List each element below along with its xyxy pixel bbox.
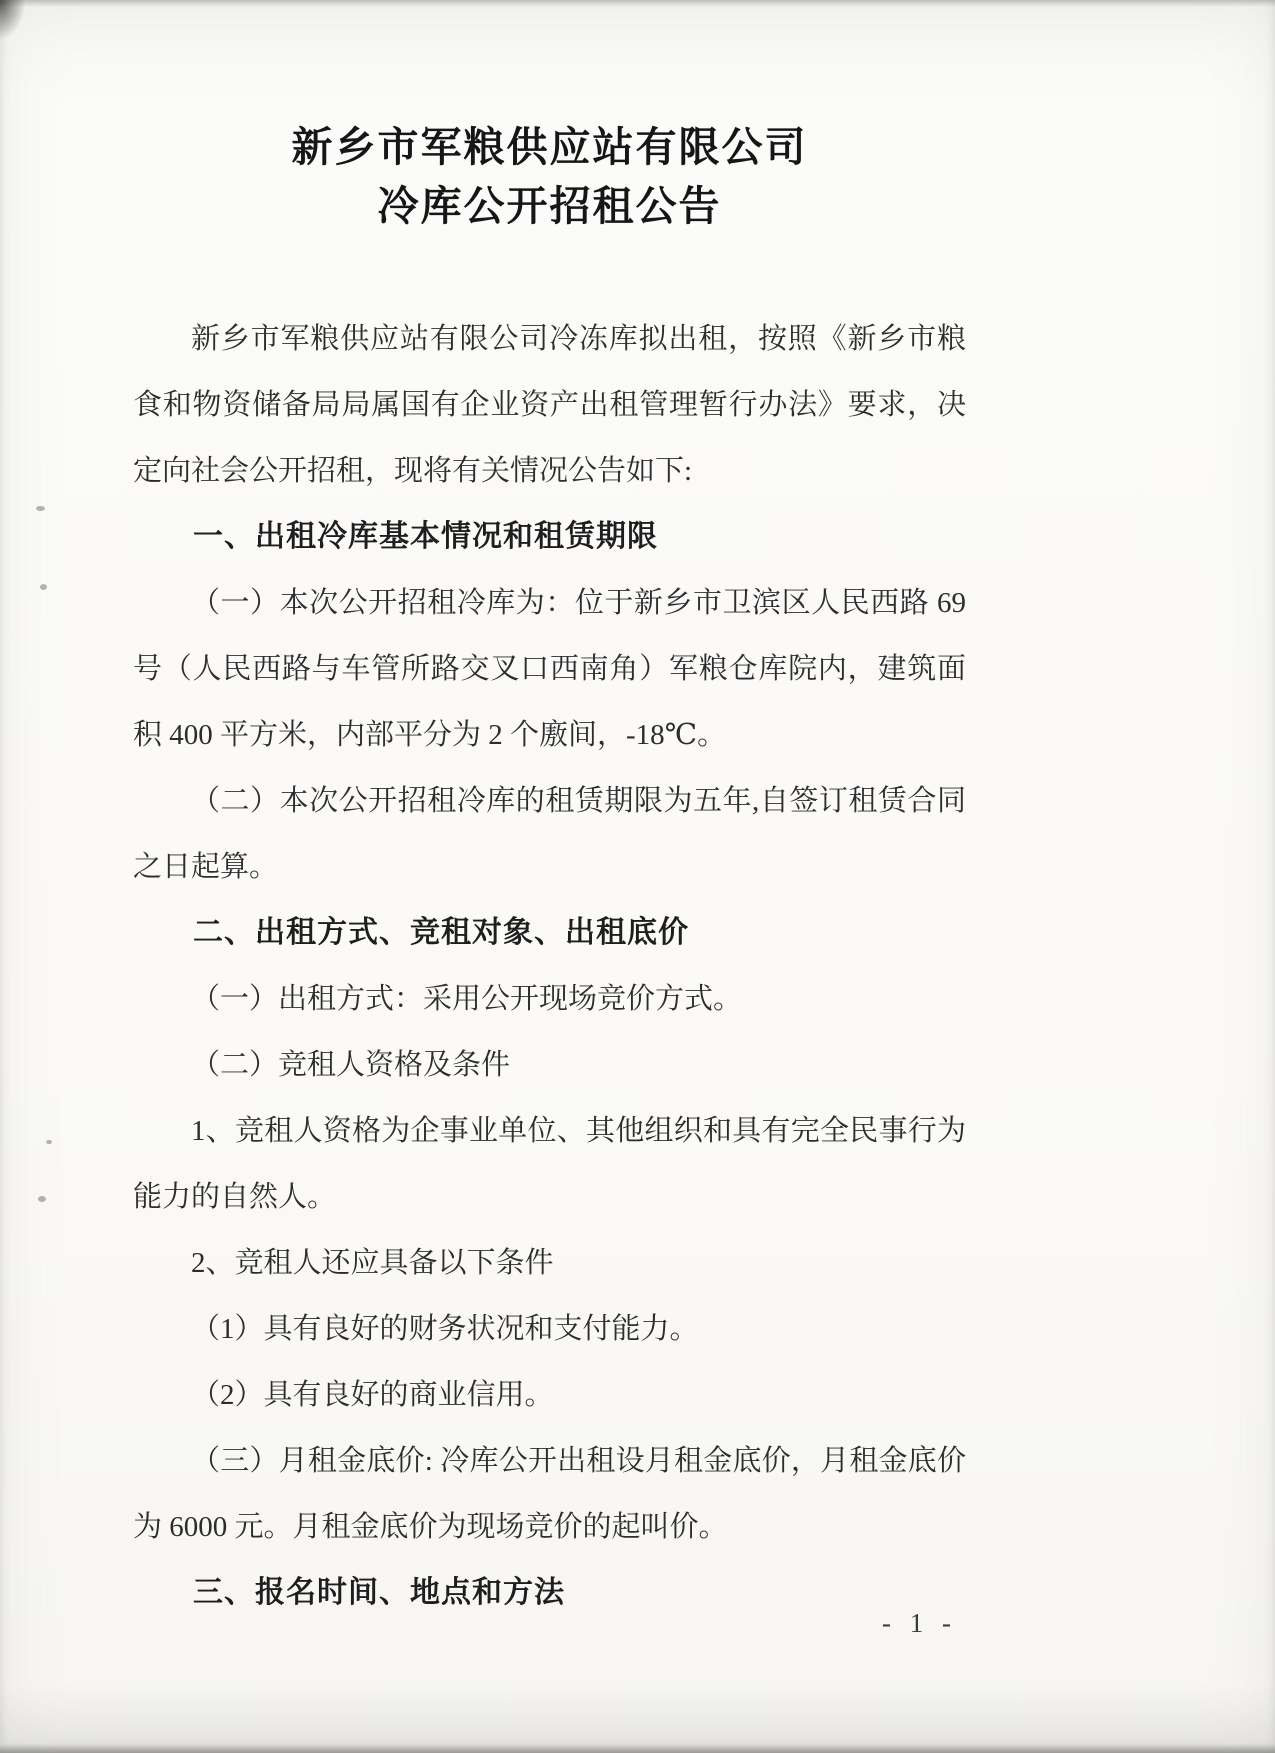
doc-title-line-2: 冷库公开招租公告 [133,177,966,236]
scan-artifact-corner [0,0,26,40]
section-heading-1: 一、出租冷库基本情况和租赁期限 [133,504,966,570]
page-number: - 1 - [882,1608,957,1639]
paragraph-2-3-base-rent: （三）月租金底价: 冷库公开出租设月租金底价，月租金底价为 6000 元。月租金… [133,1428,966,1560]
paragraph-condition-1: （1）具有良好的财务状况和支付能力。 [133,1296,966,1362]
section-heading-2: 二、出租方式、竞租对象、出租底价 [133,900,966,966]
paragraph-condition-2: （2）具有良好的商业信用。 [133,1362,966,1428]
scan-edge-bottom [0,1744,1275,1753]
paragraph-2-2-item-2: 2、竞租人还应具备以下条件 [133,1230,966,1296]
scan-artifact-speck [40,584,47,590]
paragraph-1-2-lease-term: （二）本次公开招租冷库的租赁期限为五年,自签订租赁合同之日起算。 [133,768,966,900]
paragraph-2-2-qualifications: （二）竞租人资格及条件 [133,1032,966,1098]
section-heading-3: 三、报名时间、地点和方法 [133,1560,966,1626]
doc-body: 新乡市军粮供应站有限公司冷冻库拟出租，按照《新乡市粮食和物资储备局局属国有企业资… [133,306,966,1626]
paragraph-2-2-item-1: 1、竞租人资格为企事业单位、其他组织和具有完全民事行为能力的自然人。 [133,1098,966,1230]
doc-title-line-1: 新乡市军粮供应站有限公司 [133,118,966,177]
paragraph-2-1-method: （一）出租方式：采用公开现场竞价方式。 [133,966,966,1032]
scan-artifact-speck [46,1140,52,1144]
paragraph-intro: 新乡市军粮供应站有限公司冷冻库拟出租，按照《新乡市粮食和物资储备局局属国有企业资… [133,306,966,504]
scan-artifact-speck [38,1196,46,1202]
scan-artifact-speck [36,506,45,511]
paragraph-1-1-location: （一）本次公开招租冷库为：位于新乡市卫滨区人民西路 69 号（人民西路与车管所路… [133,570,966,768]
scanned-page: 新乡市军粮供应站有限公司 冷库公开招租公告 新乡市军粮供应站有限公司冷冻库拟出租… [0,0,1275,1753]
scan-edge-top [0,0,1275,7]
document-content: 新乡市军粮供应站有限公司 冷库公开招租公告 新乡市军粮供应站有限公司冷冻库拟出租… [133,118,966,1626]
